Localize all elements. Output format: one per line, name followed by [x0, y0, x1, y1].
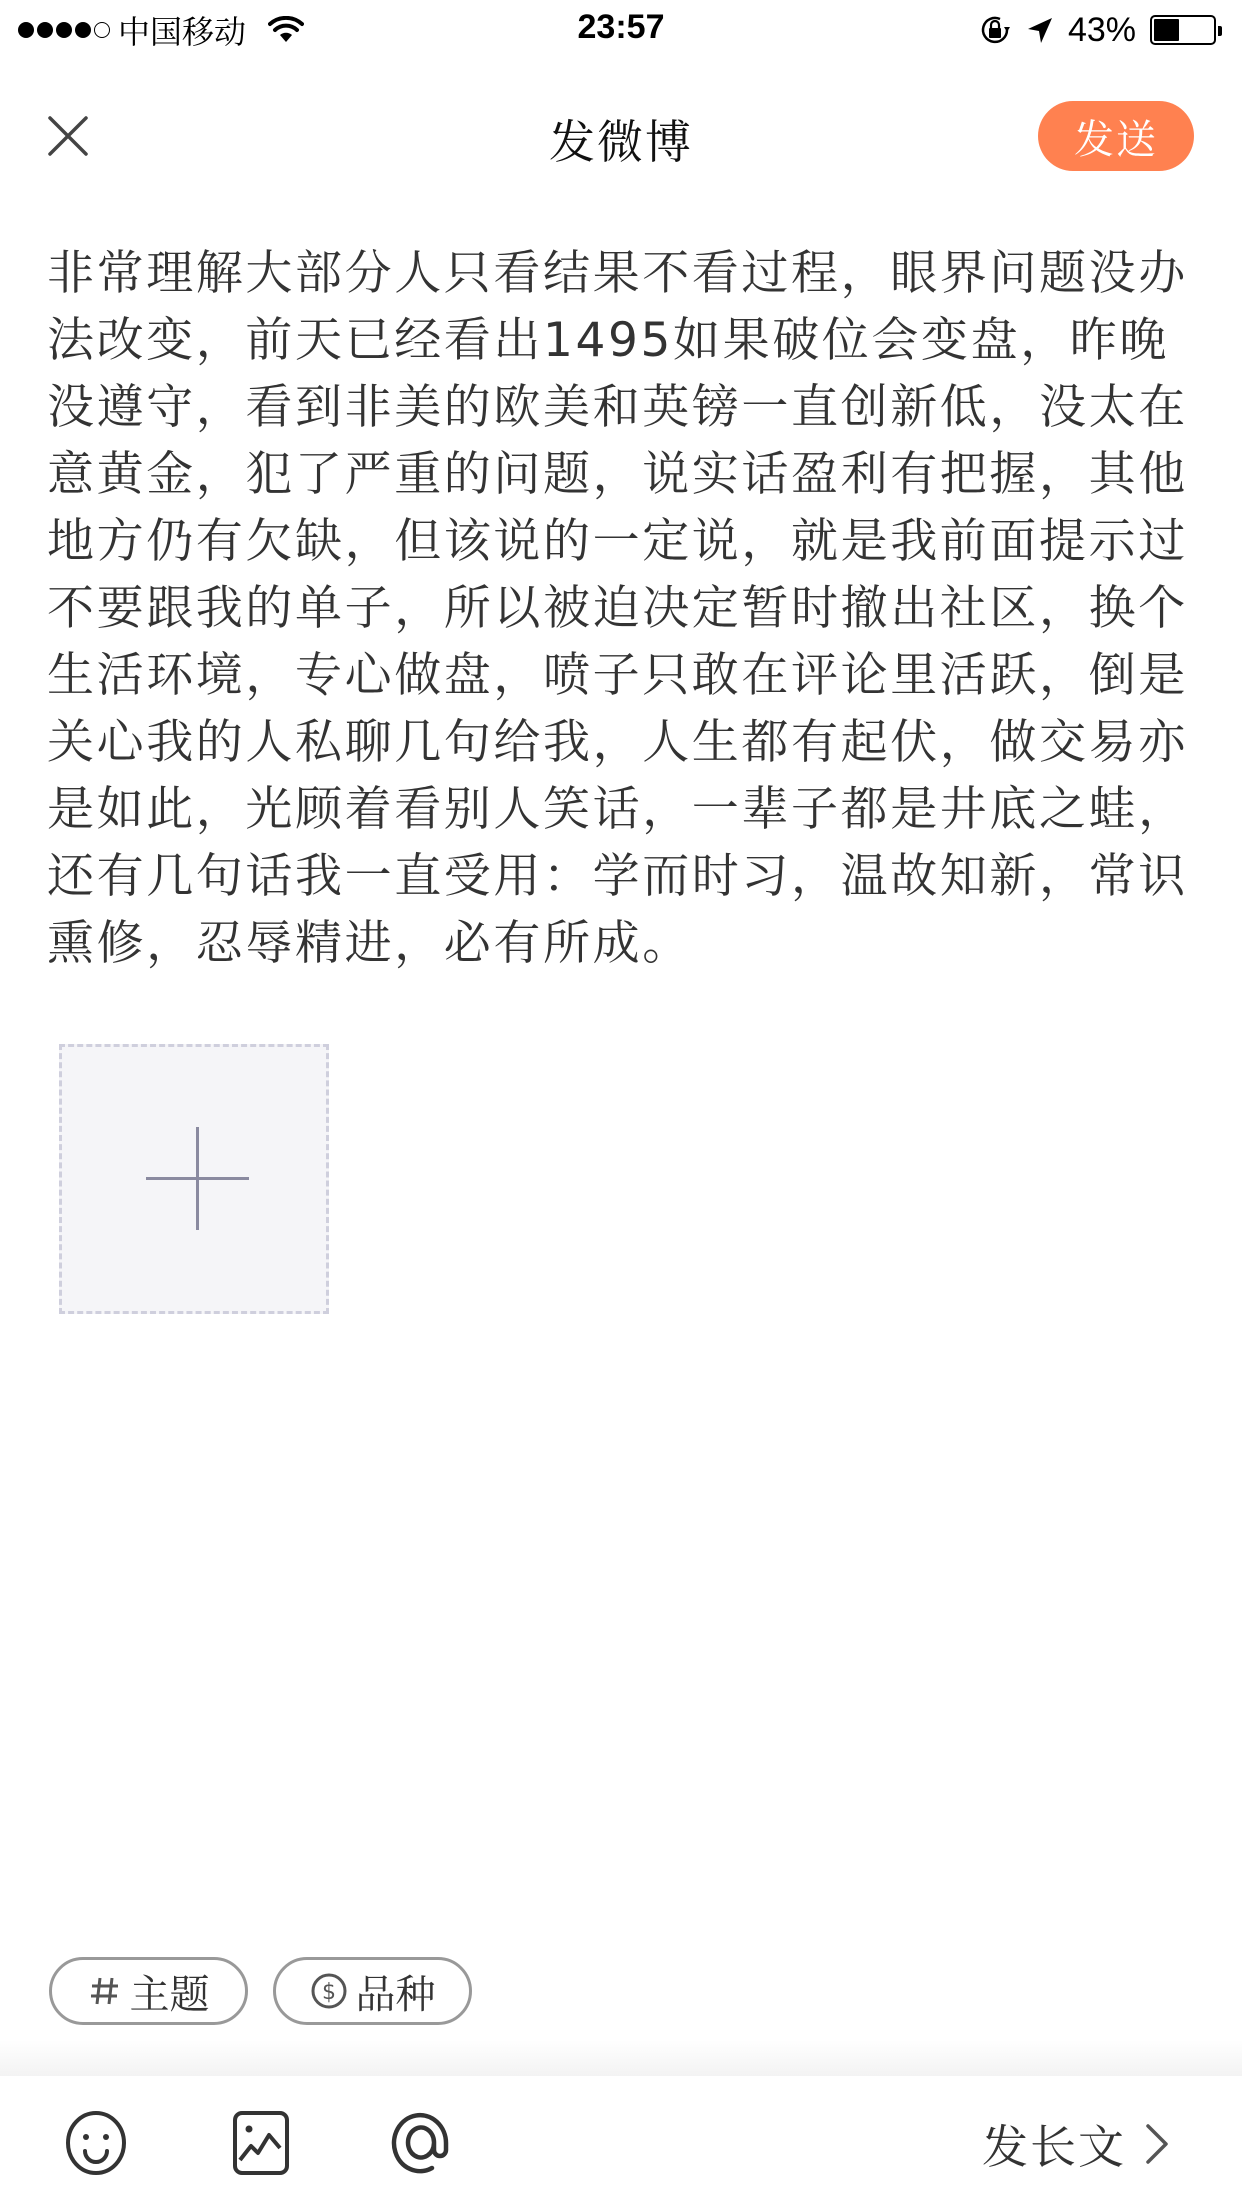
status-right: 43%	[978, 10, 1216, 50]
nav-bar: 发微博 发送	[0, 62, 1242, 212]
variety-chip-label: 品种	[356, 1963, 436, 2020]
mention-icon	[388, 2110, 454, 2176]
dollar-circle-icon: $	[310, 1972, 348, 2010]
emoji-icon	[63, 2110, 129, 2176]
post-text-input[interactable]: 非常理解大部分人只看结果不看过程，眼界问题没办法改变，前天已经看出1495如果破…	[47, 240, 1207, 977]
rotation-lock-icon	[978, 13, 1012, 47]
battery-icon	[1150, 15, 1216, 45]
image-icon	[227, 2110, 293, 2176]
image-button[interactable]	[227, 2110, 293, 2176]
chevron-right-icon	[1144, 2122, 1170, 2166]
battery-percent: 43%	[1068, 11, 1136, 50]
topic-chip-label: 主题	[130, 1963, 210, 2020]
topic-chip[interactable]: 主题	[49, 1957, 248, 2025]
add-image-button[interactable]	[59, 1044, 329, 1314]
send-button[interactable]: 发送	[1038, 101, 1194, 171]
status-bar: 中国移动 23:57 43%	[0, 0, 1242, 62]
variety-chip[interactable]: $ 品种	[273, 1957, 472, 2025]
long-post-label: 发长文	[982, 2111, 1126, 2177]
bottom-toolbar: 发长文	[0, 2076, 1242, 2208]
emoji-button[interactable]	[63, 2110, 129, 2176]
long-post-button[interactable]: 发长文	[982, 2112, 1170, 2176]
hash-icon	[88, 1974, 122, 2008]
mention-button[interactable]	[388, 2110, 454, 2176]
toolbar-divider	[0, 2040, 1242, 2076]
svg-text:$: $	[322, 1980, 336, 2005]
location-arrow-icon	[1026, 15, 1054, 45]
